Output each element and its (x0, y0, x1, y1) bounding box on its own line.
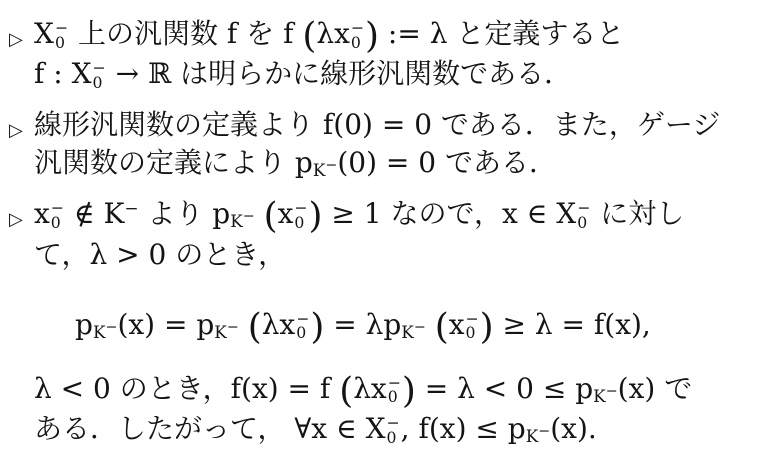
math-symbol: ( (117, 308, 128, 341)
math-var: K (214, 322, 227, 342)
math-var: λ (34, 372, 52, 405)
math-symbol: ) (644, 372, 655, 405)
math-symbol: ( (550, 412, 561, 445)
math-symbol: − (243, 209, 255, 225)
math-text-content: ▷X−0 上の汎関数 f を f (λx−0) := λ と定義するとf : X… (8, 15, 747, 448)
superscript: − (538, 424, 550, 440)
supsub-script: −0 (350, 21, 365, 50)
superscript: − (325, 158, 337, 174)
math-symbol (239, 308, 248, 341)
text-line: x−0 ∉ K− より pK− (x−0) ≥ 1 なので，x ∈ X−0 に対… (34, 195, 747, 235)
math-symbol: ∈ (327, 412, 366, 445)
math-var: K (526, 426, 539, 446)
text-jp: 上の汎関数 (69, 17, 227, 50)
math-symbol: ∈ (518, 197, 557, 230)
subscript: 0 (93, 76, 103, 90)
document-page: ▷X−0 上の汎関数 f を f (λx−0) := λ と定義するとf : X… (0, 0, 757, 448)
text-jp: のとき， (120, 372, 231, 405)
math-symbol: ≥ 1 (323, 197, 391, 230)
math-var: λx (353, 372, 387, 405)
math-symbol: − (227, 319, 239, 335)
supsub-script: −0 (295, 312, 310, 341)
subscript: 0 (55, 36, 65, 50)
supsub-script: −0 (54, 21, 69, 50)
math-var: f (227, 17, 237, 50)
display-equation: pK−(x) = pK− (λx−0) = λpK− (x−0) ≥ λ = f… (75, 302, 747, 350)
closing-paragraph: λ < 0 のとき，f(x) = f (λx−0) = λ < 0 ≤ pK−(… (8, 370, 747, 448)
math-var: λp (366, 308, 402, 341)
math-var: p (196, 308, 214, 341)
math-var: K (103, 197, 124, 230)
math-var: p (508, 412, 526, 445)
text-line: λ < 0 のとき，f(x) = f (λx−0) = λ < 0 ≤ pK−(… (34, 370, 747, 410)
paren: ( (264, 196, 278, 237)
paren: ) (310, 306, 324, 347)
math-var: x (311, 412, 327, 445)
math-symbol: > 0 (107, 238, 175, 271)
math-symbol: < 0 (52, 372, 120, 405)
math-symbol: = (324, 308, 365, 341)
paren: ( (339, 370, 353, 411)
superscript: − (227, 319, 239, 335)
math-symbol: (0) = 0 (333, 108, 432, 141)
math-symbol: = (553, 308, 594, 341)
text-jp: ある．したがって， (34, 412, 294, 445)
math-symbol: < 0 ≤ (475, 372, 575, 405)
math-var: f (283, 17, 293, 50)
subscript: K− (93, 322, 118, 342)
math-symbol: − (325, 158, 337, 174)
bullet-item-2: ▷線形汎関数の定義より f(0) = 0 である．また，ゲージ汎関数の定義により… (8, 106, 747, 182)
text-jp: 線形汎関数の定義より (34, 108, 323, 141)
math-symbol: ), (631, 308, 651, 341)
math-var: λ (89, 238, 107, 271)
math-var: f (418, 412, 428, 445)
supsub-script: −0 (386, 416, 401, 445)
math-var: K (401, 322, 414, 342)
math-symbol: := (379, 17, 430, 50)
math-var: λ (535, 308, 553, 341)
text-jp: である．また，ゲージ (432, 108, 720, 141)
math-var: p (75, 308, 93, 341)
math-symbol: ( (241, 372, 252, 405)
math-var: f (323, 108, 333, 141)
math-var: x (34, 197, 50, 230)
superscript: − (606, 384, 618, 400)
supsub-script: −0 (464, 312, 479, 341)
math-symbol: ≥ (494, 308, 535, 341)
superscript: − (243, 209, 255, 225)
bullet-item-3: ▷x−0 ∉ K− より pK− (x−0) ≥ 1 なので，x ∈ X−0 に… (8, 195, 747, 273)
subscript: 0 (388, 390, 398, 404)
subscript: 0 (351, 36, 361, 50)
math-var: K (313, 160, 326, 180)
math-var: f (231, 372, 241, 405)
subscript: 0 (296, 326, 306, 340)
paren: ) (480, 306, 494, 347)
math-symbol: , (401, 412, 419, 445)
math-symbol (255, 197, 264, 230)
text-line: pK−(x) = pK− (λx−0) = λpK− (x−0) ≥ λ = f… (75, 302, 747, 350)
text-jp: て， (34, 238, 89, 271)
subscript: K− (526, 426, 551, 446)
subscript: K− (401, 322, 426, 342)
math-symbol: ∉ (65, 197, 104, 230)
paren: ) (365, 15, 379, 56)
subscript: 0 (577, 216, 587, 230)
paren: ( (302, 15, 316, 56)
supsub-script: −0 (92, 61, 107, 90)
supsub-script: −0 (576, 201, 591, 230)
math-symbol: − (105, 319, 117, 335)
math-var: X (72, 57, 92, 90)
triangle-bullet-icon: ▷ (9, 21, 23, 59)
math-var: x (449, 308, 465, 341)
math-var: λ (430, 17, 448, 50)
supsub-script: −0 (387, 376, 402, 405)
math-symbol (330, 372, 339, 405)
text-line: ある．したがって， ∀x ∈ X−0, f(x) ≤ pK−(x). (34, 410, 747, 448)
subscript: 0 (387, 431, 397, 445)
subscript: K− (593, 386, 618, 406)
math-symbol: ) ≤ (456, 412, 508, 445)
math-var: X (556, 197, 576, 230)
math-symbol: − (538, 424, 550, 440)
supsub-script: −0 (293, 201, 308, 230)
math-var: λx (316, 17, 350, 50)
paren: ) (309, 196, 323, 237)
superscript: − (105, 319, 117, 335)
math-var: K (593, 386, 606, 406)
math-symbol: ) = (144, 308, 196, 341)
math-symbol: − (124, 198, 138, 218)
math-var: p (295, 146, 313, 179)
paren: ) (402, 370, 416, 411)
text-line: f : X−0 → ℝ は明らかに線形汎関数である． (34, 55, 747, 93)
text-jp: と定義すると (447, 17, 624, 50)
math-var: x (278, 197, 294, 230)
paren: ( (248, 306, 262, 347)
subscript: K− (313, 160, 338, 180)
math-symbol: ). (577, 412, 597, 445)
math-symbol: ( (429, 412, 440, 445)
math-var: x (502, 197, 518, 230)
math-var: x (615, 308, 631, 341)
math-var: λx (262, 308, 296, 341)
math-symbol: (0) = 0 (337, 146, 436, 179)
text-jp: なので， (391, 197, 502, 230)
math-symbol: ( (604, 308, 615, 341)
text-jp: より (138, 197, 212, 230)
subscript: K− (214, 322, 239, 342)
superscript: − (124, 198, 138, 218)
math-var: f (594, 308, 604, 341)
math-var: X (34, 17, 54, 50)
math-symbol: → ℝ (107, 57, 180, 90)
math-var: X (366, 412, 386, 445)
math-var: p (212, 197, 230, 230)
subscript: 0 (294, 216, 304, 230)
math-var: K (93, 322, 106, 342)
bullet-item-1: ▷X−0 上の汎関数 f を f (λx−0) := λ と定義するとf : X… (8, 15, 747, 93)
math-var: x (629, 372, 645, 405)
math-symbol: − (606, 384, 618, 400)
subscript: K− (230, 211, 255, 231)
math-symbol: ) = (268, 372, 320, 405)
math-var: λ (457, 372, 475, 405)
math-symbol: = (416, 372, 457, 405)
supsub-script: −0 (50, 201, 65, 230)
text-jp: のとき， (175, 238, 286, 271)
math-var: x (440, 412, 456, 445)
math-var: x (128, 308, 144, 341)
math-symbol: ∀ (294, 412, 311, 445)
math-var: x (252, 372, 268, 405)
text-jp: 汎関数の定義により (34, 146, 295, 179)
text-line: て，λ > 0 のとき， (34, 236, 747, 274)
math-var: f (34, 57, 44, 90)
subscript: 0 (465, 326, 475, 340)
math-var: K (230, 211, 243, 231)
text-jp: である． (436, 146, 557, 179)
text-jp: は明らかに線形汎関数である． (180, 57, 572, 90)
math-var: p (575, 372, 593, 405)
math-var: f (320, 372, 330, 405)
math-symbol: : (44, 57, 71, 90)
math-symbol: ( (618, 372, 629, 405)
triangle-bullet-icon: ▷ (9, 112, 23, 150)
text-line: 線形汎関数の定義より f(0) = 0 である．また，ゲージ (34, 106, 747, 144)
triangle-bullet-icon: ▷ (9, 201, 23, 239)
text-jp: に対し (591, 197, 684, 230)
math-var: x (561, 412, 577, 445)
superscript: − (414, 319, 426, 335)
text-line: 汎関数の定義により pK−(0) = 0 である． (34, 144, 747, 182)
math-symbol (426, 308, 435, 341)
math-symbol: − (414, 319, 426, 335)
text-line: X−0 上の汎関数 f を f (λx−0) := λ と定義すると (34, 15, 747, 55)
subscript: 0 (51, 216, 61, 230)
text-jp: を (237, 17, 283, 50)
text-jp: で (655, 372, 692, 405)
paren: ( (435, 306, 449, 347)
